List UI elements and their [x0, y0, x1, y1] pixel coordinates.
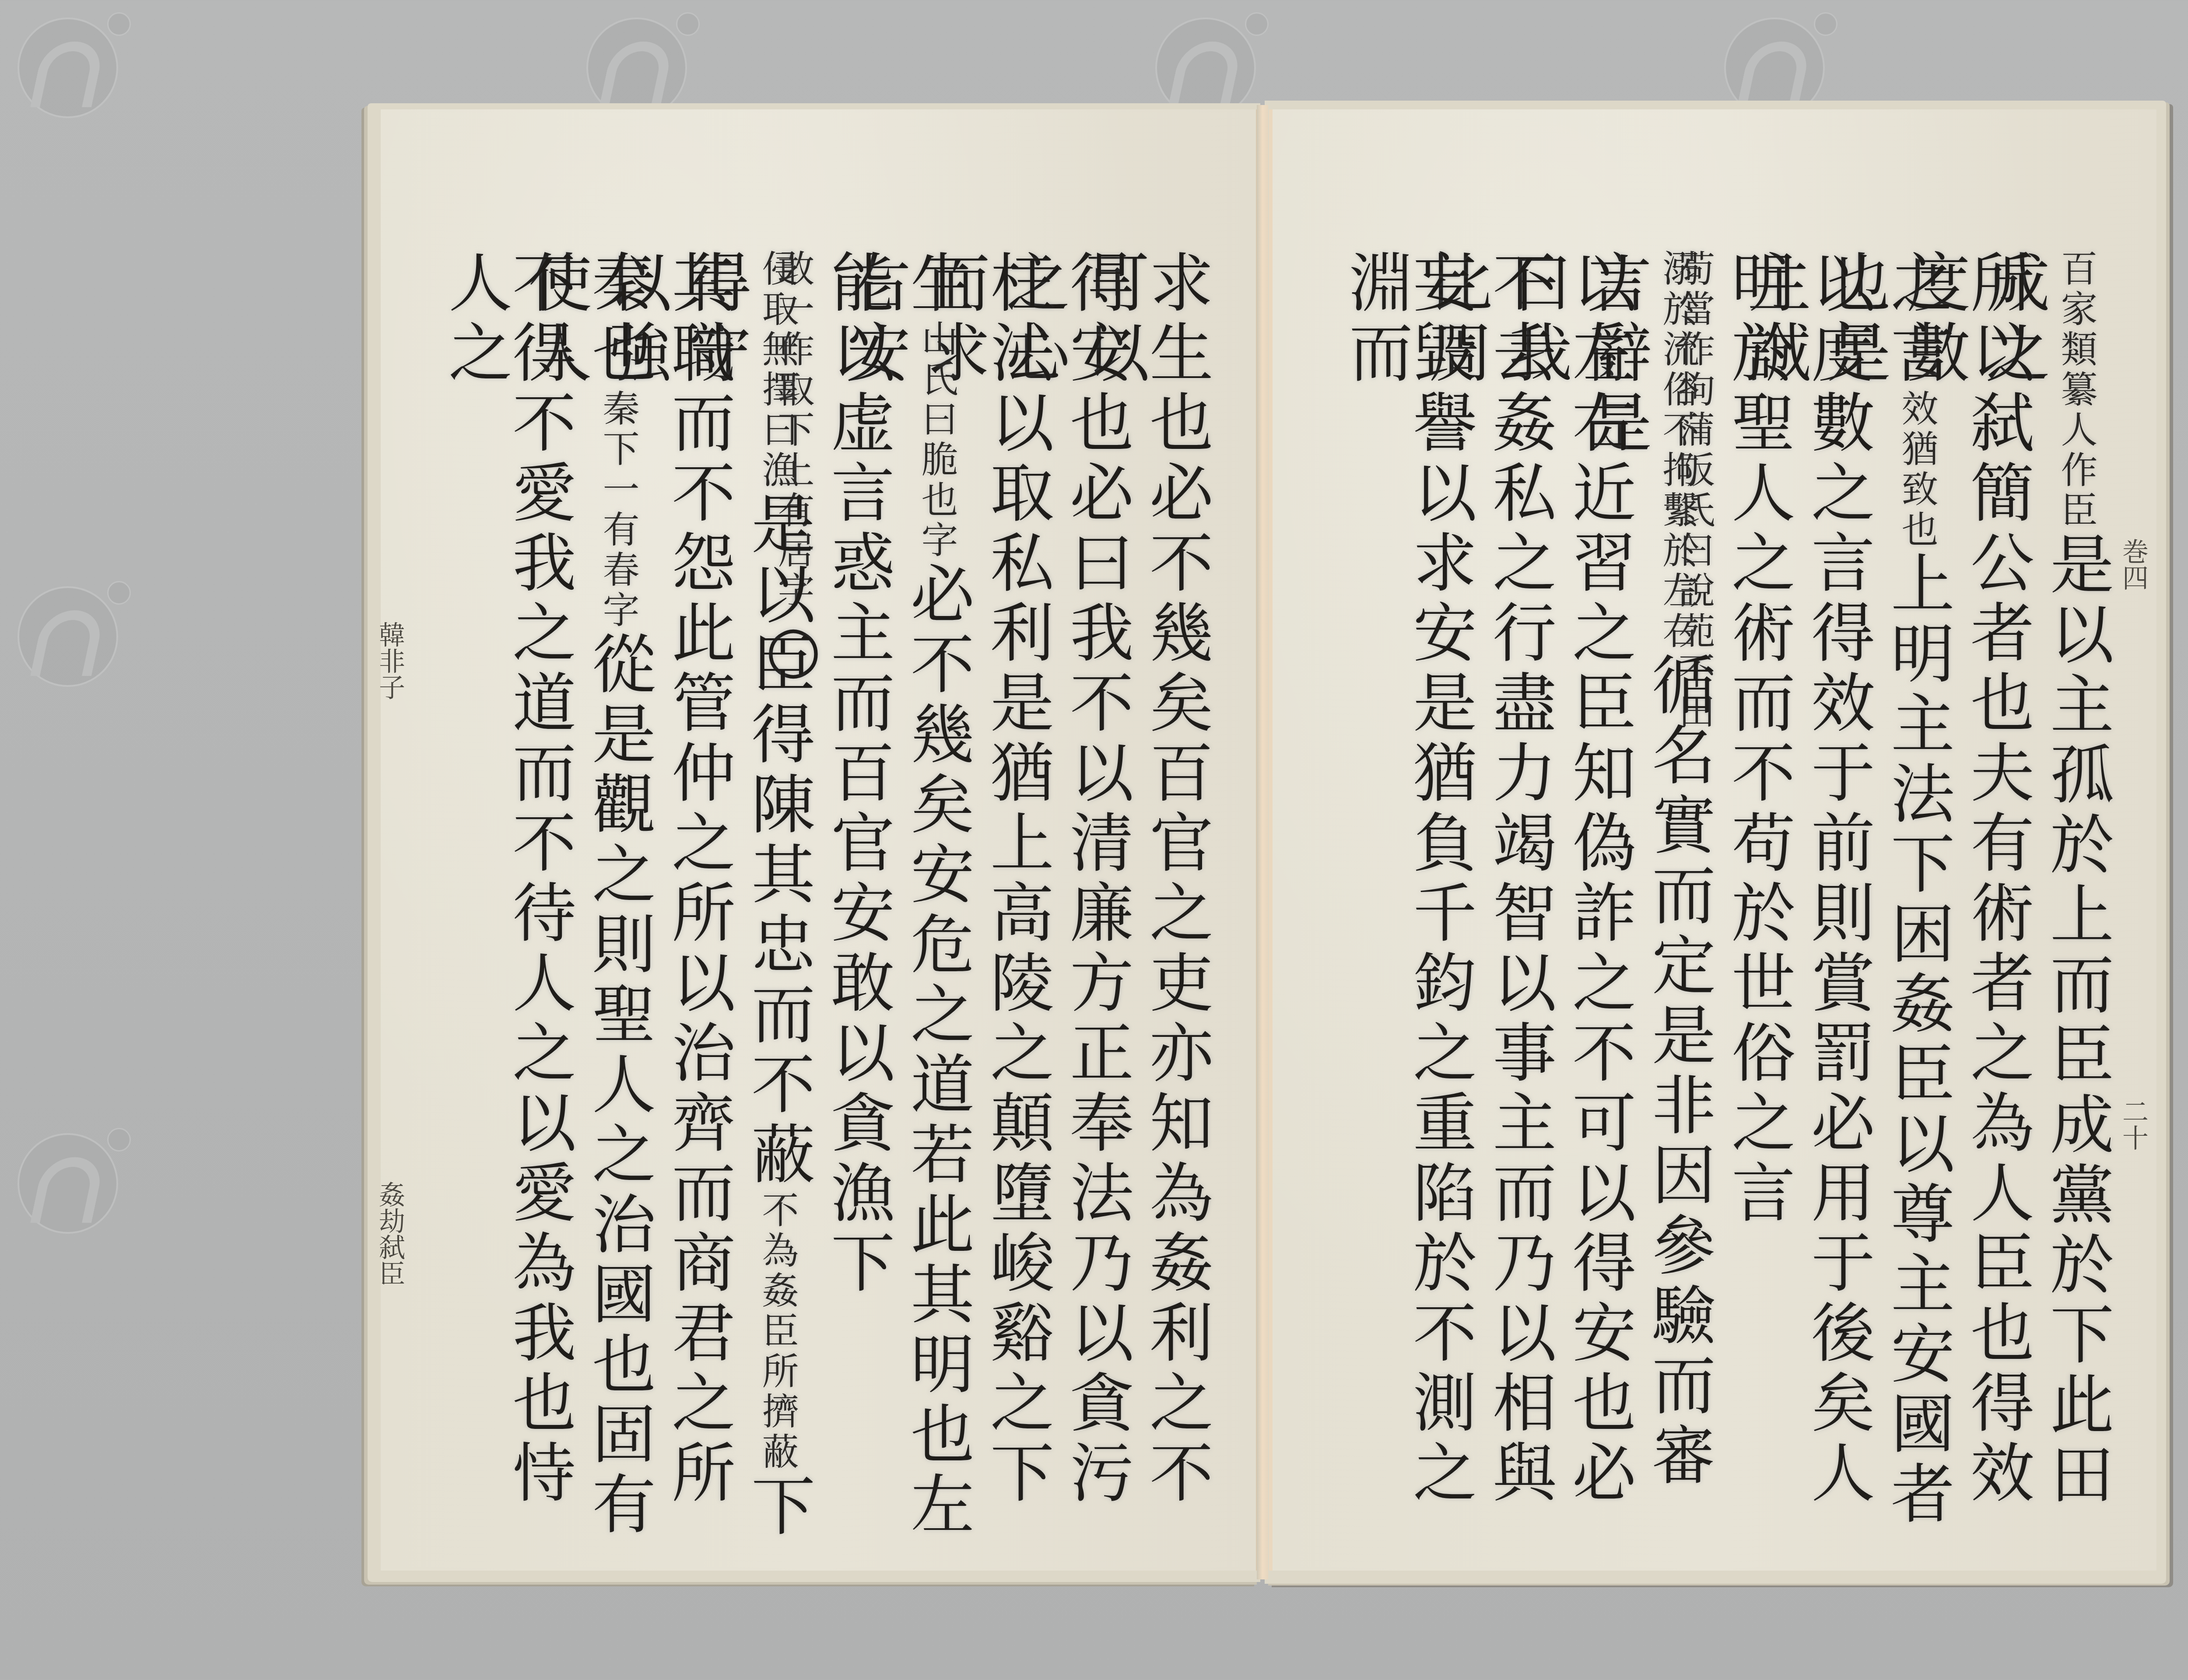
- text-column: 侵取無擇曰漁是以臣得陳其忠而不蔽不為姦臣所擠蔽下得守: [730, 249, 810, 1553]
- text-column: 百家類纂人作臣是以主孤於上而臣成黨於下此田成之: [2029, 249, 2108, 1553]
- main-text: 是以臣得陳其忠而不蔽: [740, 491, 815, 1191]
- main-text: 明於聖人之術而不苟於世俗之言: [1721, 249, 1795, 1229]
- book-gutter: [1257, 105, 1268, 1579]
- text-column: 以左右近習之臣知偽詐之不可以得安也必曰我: [1551, 249, 1630, 1553]
- text-column: 能以虚言惑主而百官安敢以貪漁下敢一作取下上有居字○: [810, 249, 889, 1553]
- main-text: 能以虚言惑主而百官安敢以貪漁下: [820, 249, 894, 1299]
- left-margin-chapter: 姦劫弑臣: [371, 1181, 409, 1286]
- left-margin-title: 韓非子: [371, 621, 409, 700]
- text-column: 所以弑簡公者也夫有術者之為人臣也得效度數: [1949, 249, 2029, 1553]
- commentary-note: 秦下一有春字: [600, 389, 637, 631]
- right-page: 巻四 二十 百家類纂人作臣是以主孤於上而臣成黨於下此田成之所以弑簡公者也夫有術者…: [1269, 109, 2156, 1571]
- right-margin-volume: 巻四: [2114, 538, 2152, 591]
- text-column: 之言效猶致也上明主法下困姦臣以尊主安國者也是: [1869, 249, 1949, 1553]
- watermark-logo: [0, 569, 131, 700]
- text-column: 枉法以取私利是猶上高陵之顛墮峻谿之下而求: [969, 249, 1048, 1553]
- left-page: 韓非子 姦劫弑臣 求生也必不幾矣百官之吏亦知為姦利之不可以得安也必曰我不以清廉方…: [381, 109, 1257, 1571]
- text-column: 妄毀譽以求安是猶負千鈞之重陷於不測之淵而: [1392, 249, 1471, 1553]
- commentary-note: 人作臣: [2058, 410, 2095, 531]
- right-margin-folio: 二十: [2114, 1098, 2152, 1151]
- text-column: 生山氏曰脆也字必不幾矣安危之道若此其明也左右安: [889, 249, 969, 1553]
- right-page-text: 百家類纂人作臣是以主孤於上而臣成黨於下此田成之所以弑簡公者也夫有術者之為人臣也得…: [1392, 249, 2108, 1553]
- watermark-logo: [0, 0, 131, 131]
- commentary-note: 百家類纂: [2058, 249, 2095, 410]
- commentary-note: 侵取無擇曰漁: [759, 249, 796, 491]
- main-text: 不得不愛我之道而不待人之以愛為我也恃人之: [438, 249, 576, 1509]
- main-text: 之言: [1880, 249, 1954, 389]
- text-column: 溺於流俗不拘繫於左右循名實而定是非因參驗而審言辭是: [1630, 249, 1710, 1553]
- commentary-note: 山氏曰脆也字: [919, 319, 955, 561]
- text-column: 秦也秦下一有春字從是觀之則聖人之治國也固有使人: [571, 249, 650, 1553]
- text-column: 其職而不怨此管仲之所以治齊而商君之所以強: [650, 249, 730, 1553]
- main-text: 秦也: [581, 249, 656, 389]
- text-column: 以度數之言得效于前則賞罰必用于後矣人主誠: [1790, 249, 1869, 1553]
- text-column: 不去姦私之行盡力竭智以事主而乃以相與比周: [1471, 249, 1551, 1553]
- left-page-text: 求生也必不幾矣百官之吏亦知為姦利之不可以得安也必曰我不以清廉方正奉法乃以貪污之心…: [491, 249, 1208, 1553]
- commentary-note: 效猶致也: [1899, 389, 1936, 550]
- text-column: 不得不愛我之道而不待人之以愛為我也恃人之: [491, 249, 571, 1553]
- commentary-note: 溺於流俗不拘繫於左右: [1660, 249, 1697, 652]
- commentary-note: 不為姦臣所擠蔽: [759, 1191, 796, 1473]
- text-column: 明於聖人之術而不苟於世俗之言苟當作拘蒲阪氏曰說苑不田: [1710, 249, 1790, 1553]
- text-column: 求生也必不幾矣百官之吏亦知為姦利之不可以: [1128, 249, 1208, 1553]
- text-column: 得安也必曰我不以清廉方正奉法乃以貪污之心: [1048, 249, 1128, 1553]
- main-text: 生: [900, 249, 974, 319]
- main-text: 妄毀譽以求安是猶負千鈞之重陷於不測之淵而: [1338, 249, 1476, 1509]
- open-book: 韓非子 姦劫弑臣 求生也必不幾矣百官之吏亦知為姦利之不可以得安也必曰我不以清廉方…: [368, 101, 2166, 1588]
- watermark-logo: [0, 1116, 131, 1247]
